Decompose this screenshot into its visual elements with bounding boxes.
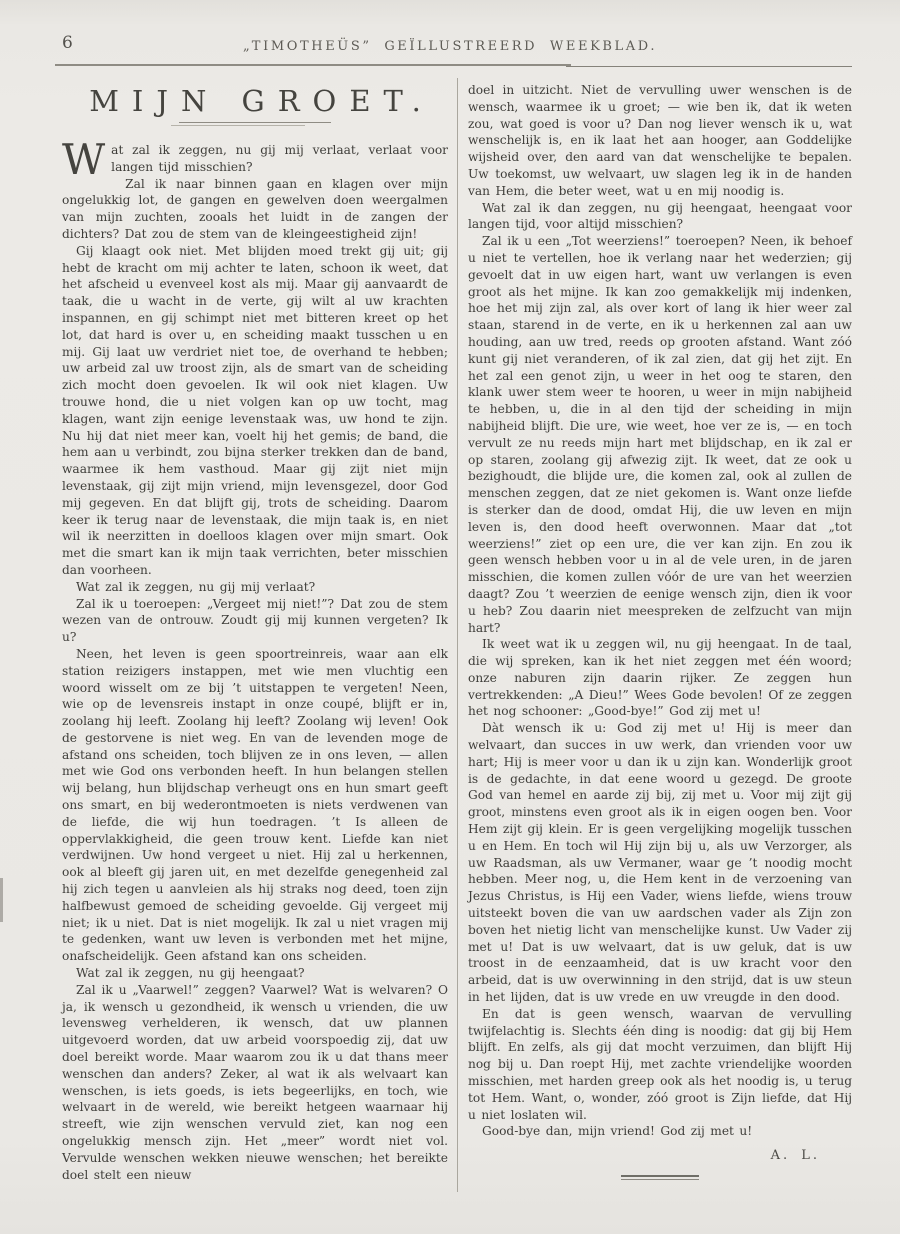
paragraph: Wat zal ik dan zeggen, nu gij heengaat, … [468, 200, 852, 234]
paragraph: Wat zal ik zeggen, nu gij mij verlaat? [62, 579, 448, 596]
paragraph: Neen, het leven is geen spoortreinreis, … [62, 646, 448, 965]
scan-edge-artifact [0, 878, 3, 922]
paragraph: Zal ik u een „Tot weerziens!” toeroepen?… [468, 233, 852, 636]
header-rule-right-segment [566, 66, 852, 67]
left-column-text: Zal ik naar binnen gaan en klagen over m… [62, 176, 448, 1184]
opening-paragraph-text: at zal ik zeggen, nu gij mij verlaat, ve… [111, 143, 448, 174]
journal-title: „TIMOTHEÜS” GEÏLLUSTREERD WEEKBLAD. [0, 39, 900, 54]
paragraph: Good-bye dan, mijn vriend! God zij met u… [468, 1123, 852, 1140]
right-column-text: doel in uitzicht. Niet de vervulling uwe… [468, 82, 852, 1140]
title-underline [179, 122, 331, 126]
right-column: doel in uitzicht. Niet de vervulling uwe… [468, 82, 852, 1183]
paragraph: Dàt wensch ik u: God zij met u! Hij is m… [468, 720, 852, 1006]
paragraph: Wat zal ik zeggen, nu gij heengaat? [62, 965, 448, 982]
article-title: MIJN GROET. [62, 84, 448, 118]
article-end-rule [621, 1175, 699, 1180]
paragraph: Zal ik u toeroepen: „Vergeet mij niet!”?… [62, 596, 448, 646]
paragraph: doel in uitzicht. Niet de vervulling uwe… [468, 82, 852, 200]
article-body: MIJN GROET. Wat zal ik zeggen, nu gij mi… [62, 82, 852, 1183]
drop-cap: W [62, 142, 111, 176]
opening-paragraph: Wat zal ik zeggen, nu gij mij verlaat, v… [62, 142, 448, 176]
paragraph: En dat is geen wensch, waarvan de vervul… [468, 1006, 852, 1124]
paragraph: Zal ik u „Vaarwel!” zeggen? Vaarwel? Wat… [62, 982, 448, 1184]
paragraph: Ik weet wat ik u zeggen wil, nu gij heen… [468, 636, 852, 720]
scanned-page: 6 „TIMOTHEÜS” GEÏLLUSTREERD WEEKBLAD. MI… [0, 0, 900, 1234]
paragraph: Gij klaagt ook niet. Met blijden moed tr… [62, 243, 448, 579]
left-column: MIJN GROET. Wat zal ik zeggen, nu gij mi… [62, 82, 448, 1183]
paragraph: Zal ik naar binnen gaan en klagen over m… [62, 176, 448, 243]
header-rule-left-segment [55, 64, 571, 66]
author-signature: A. L. [468, 1148, 852, 1163]
